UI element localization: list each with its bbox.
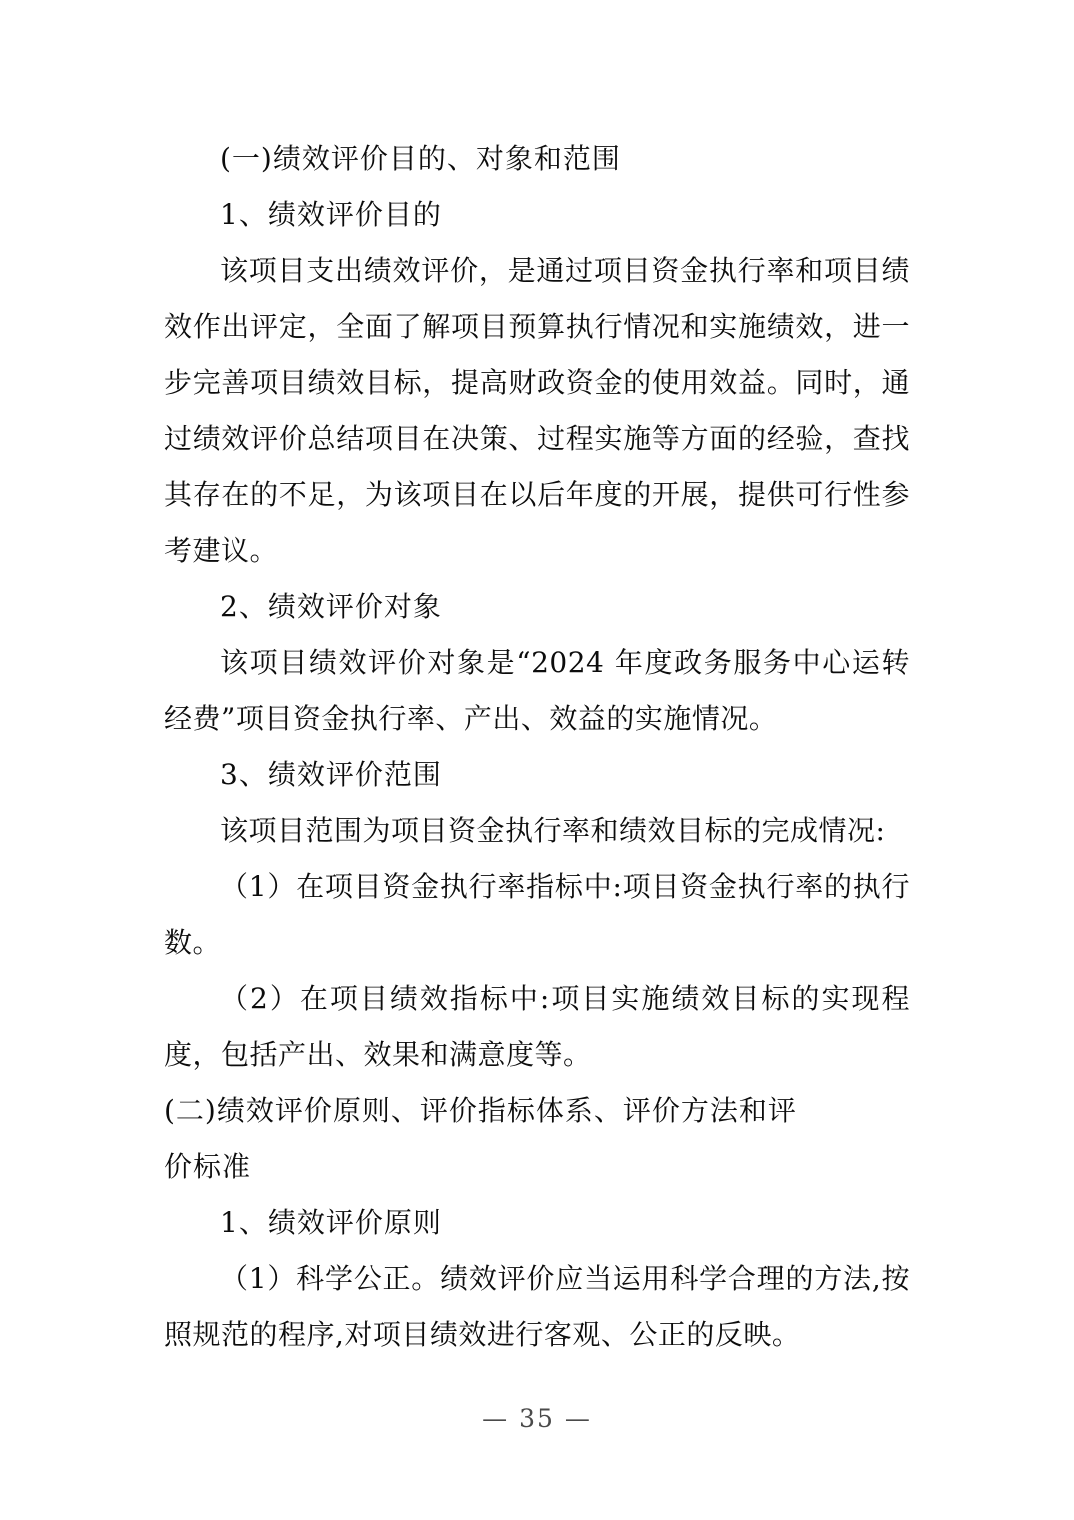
paragraph-principle-scientific: （1）科学公正。绩效评价应当运用科学合理的方法,按照规范的程序,对项目绩效进行客… <box>164 1251 910 1363</box>
subheading-evaluation-object: 2、绩效评价对象 <box>164 579 910 635</box>
section-heading-objectives: (一)绩效评价目的、对象和范围 <box>164 131 910 187</box>
document-content: (一)绩效评价目的、对象和范围 1、绩效评价目的 该项目支出绩效评价，是通过项目… <box>164 131 910 1363</box>
page-number: — 35 — <box>482 1404 592 1433</box>
subheading-evaluation-principles: 1、绩效评价原则 <box>164 1195 910 1251</box>
paragraph-scope-item-1: （1）在项目资金执行率指标中:项目资金执行率的执行数。 <box>164 859 910 971</box>
subheading-evaluation-purpose: 1、绩效评价目的 <box>164 187 910 243</box>
paragraph-evaluation-object: 该项目绩效评价对象是“2024 年度政务服务中心运转经费”项目资金执行率、产出、… <box>164 635 910 747</box>
subheading-evaluation-scope: 3、绩效评价范围 <box>164 747 910 803</box>
paragraph-scope-item-2: （2）在项目绩效指标中:项目实施绩效目标的实现程度，包括产出、效果和满意度等。 <box>164 971 910 1083</box>
paragraph-evaluation-purpose: 该项目支出绩效评价，是通过项目资金执行率和项目绩效作出评定，全面了解项目预算执行… <box>164 243 910 579</box>
section-heading-principles: (二)绩效评价原则、评价指标体系、评价方法和评价标准 <box>164 1083 824 1195</box>
paragraph-evaluation-scope-intro: 该项目范围为项目资金执行率和绩效目标的完成情况: <box>164 803 910 859</box>
page-footer: — 35 — <box>0 1403 1074 1435</box>
document-page: (一)绩效评价目的、对象和范围 1、绩效评价目的 该项目支出绩效评价，是通过项目… <box>0 0 1074 1520</box>
